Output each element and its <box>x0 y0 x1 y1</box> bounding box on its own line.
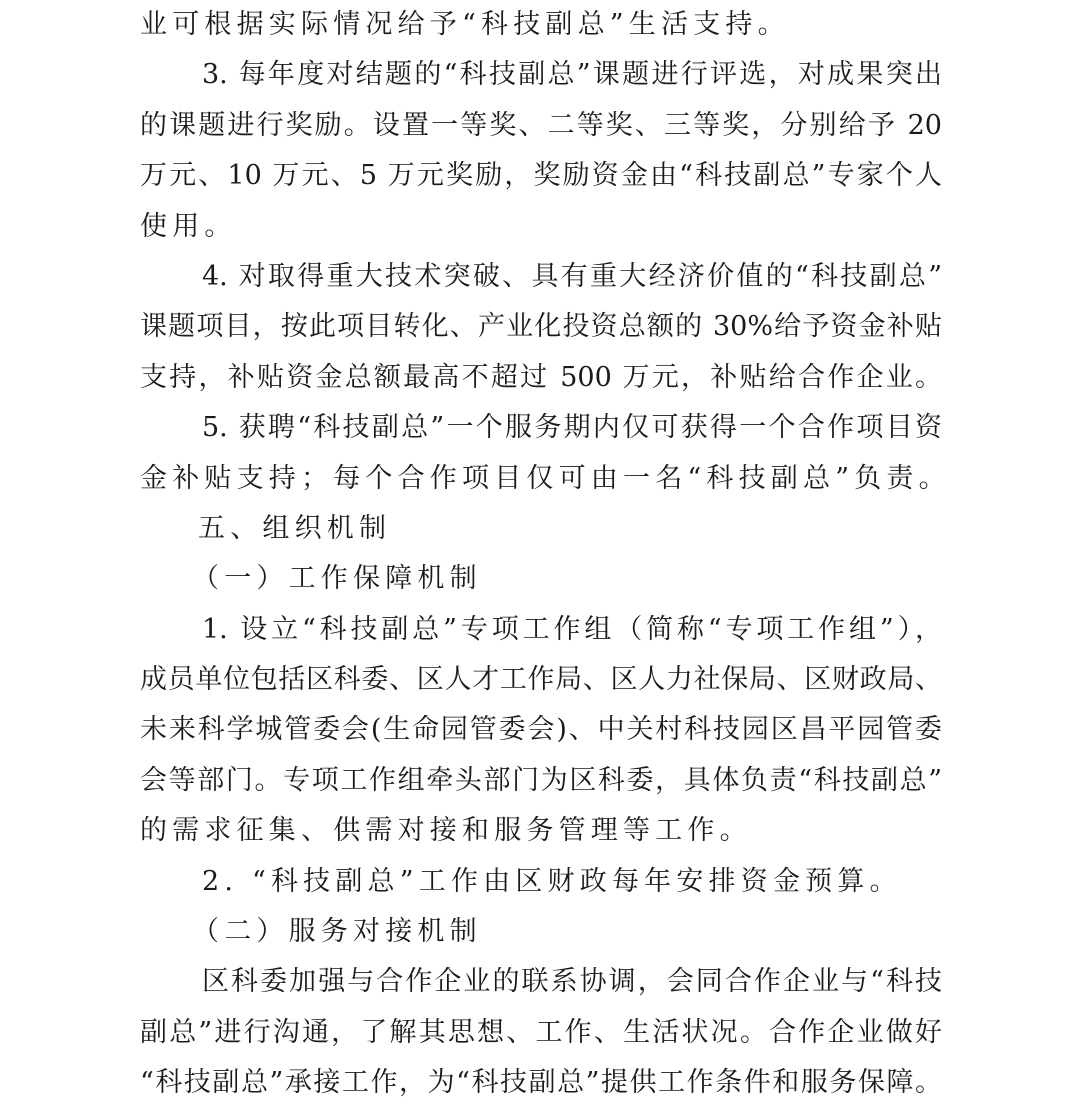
subsection-heading: （一）工作保障机制 <box>140 554 942 604</box>
section-heading: 五、组织机制 <box>140 504 942 554</box>
paragraph-line: 1. 设立“科技副总”专项工作组（简称“专项工作组”）， <box>140 605 942 655</box>
document-page: 业可根据实际情况给予“科技副总”生活支持。 3. 每年度对结题的“科技副总”课题… <box>140 0 942 1109</box>
paragraph-line: 课题项目，按此项目转化、产业化投资总额的 30%给予资金补贴 <box>140 302 942 352</box>
paragraph-line: 4. 对取得重大技术突破、具有重大经济价值的“科技副总” <box>140 252 942 302</box>
paragraph-line: 使用。 <box>140 202 942 252</box>
paragraph-line: 金补贴支持；每个合作项目仅可由一名“科技副总”负责。 <box>140 454 942 504</box>
paragraph-line: 业可根据实际情况给予“科技副总”生活支持。 <box>140 0 942 50</box>
paragraph-line: 成员单位包括区科委、区人才工作局、区人力社保局、区财政局、 <box>140 655 942 705</box>
paragraph-line: 的需求征集、供需对接和服务管理等工作。 <box>140 806 942 856</box>
paragraph-line: 5. 获聘“科技副总”一个服务期内仅可获得一个合作项目资 <box>140 403 942 453</box>
paragraph-line: 区科委加强与合作企业的联系协调，会同合作企业与“科技 <box>140 957 942 1007</box>
paragraph-line: 的课题进行奖励。设置一等奖、二等奖、三等奖，分别给予 20 <box>140 101 942 151</box>
subsection-heading: （二）服务对接机制 <box>140 907 942 957</box>
paragraph-line: 副总”进行沟通，了解其思想、工作、生活状况。合作企业做好 <box>140 1008 942 1058</box>
paragraph-line: 万元、10 万元、5 万元奖励，奖励资金由“科技副总”专家个人 <box>140 151 942 201</box>
paragraph-line: 2. “科技副总”工作由区财政每年安排资金预算。 <box>140 857 942 907</box>
paragraph-line: 3. 每年度对结题的“科技副总”课题进行评选，对成果突出 <box>140 50 942 100</box>
paragraph-line: “科技副总”承接工作，为“科技副总”提供工作条件和服务保障。 <box>140 1058 942 1108</box>
paragraph-line: 支持，补贴资金总额最高不超过 500 万元，补贴给合作企业。 <box>140 353 942 403</box>
paragraph-line: 会等部门。专项工作组牵头部门为区科委，具体负责“科技副总” <box>140 756 942 806</box>
paragraph-line: 未来科学城管委会(生命园管委会)、中关村科技园区昌平园管委 <box>140 705 942 755</box>
